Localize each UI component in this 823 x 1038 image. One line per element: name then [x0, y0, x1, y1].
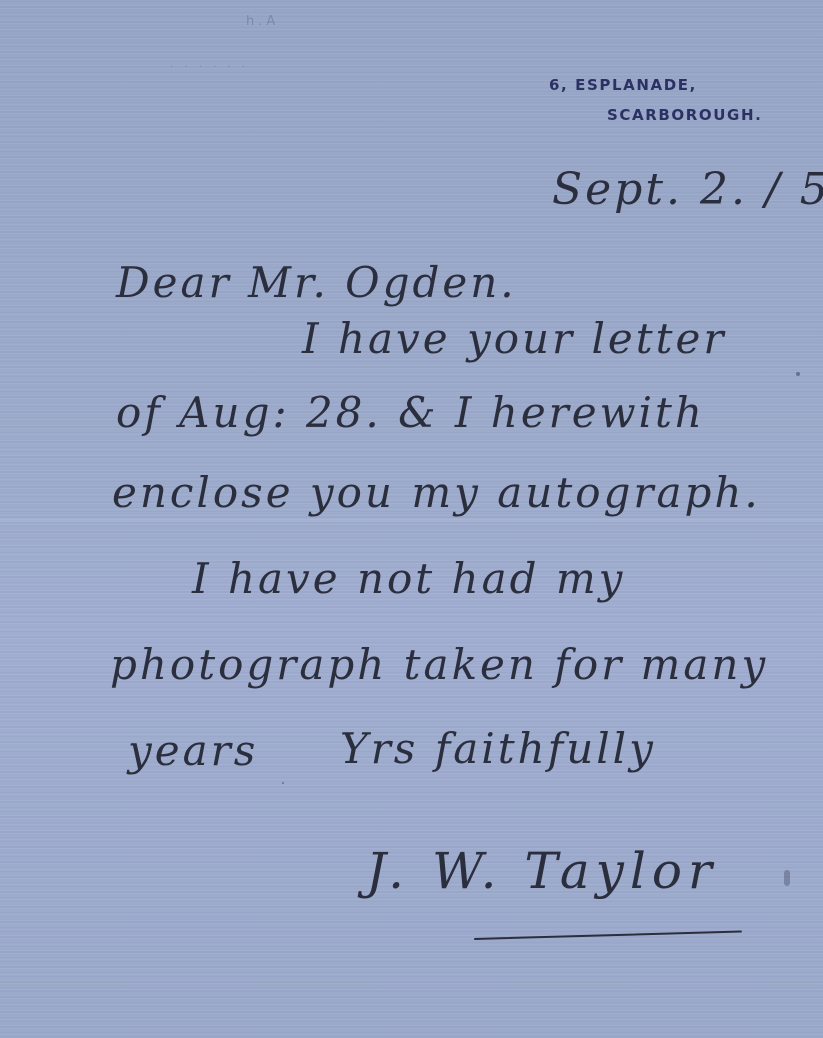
- letterhead-address-line-2: SCARBOROUGH.: [607, 106, 762, 124]
- body-line-1: I have your letter: [302, 318, 726, 360]
- signature: J. W. Taylor: [366, 846, 718, 896]
- body-line-5: photograph taken for many: [110, 644, 768, 686]
- paper-speck: [796, 372, 800, 376]
- paper-fold-line: [0, 519, 823, 522]
- faint-pencil-mark: h.A: [246, 14, 279, 29]
- body-line-6: years: [128, 730, 258, 772]
- letter-sheet: h.A · · · · · · 6, ESPLANADE, SCARBOROUG…: [0, 0, 823, 1038]
- ink-blot: [784, 870, 790, 886]
- body-line-3: enclose you my autograph.: [112, 472, 761, 514]
- body-line-4: I have not had my: [192, 558, 625, 600]
- closing: Yrs faithfully: [340, 728, 656, 770]
- letterhead-address-line-1: 6, ESPLANADE,: [549, 76, 697, 94]
- faint-pencil-mark-secondary: · · · · · ·: [170, 62, 249, 73]
- paper-speck: [282, 782, 284, 784]
- letter-date: Sept. 2. / 53: [552, 168, 823, 212]
- salutation: Dear Mr. Ogden.: [116, 262, 517, 304]
- signature-underline: [474, 931, 742, 940]
- body-line-2: of Aug: 28. & I herewith: [116, 392, 705, 434]
